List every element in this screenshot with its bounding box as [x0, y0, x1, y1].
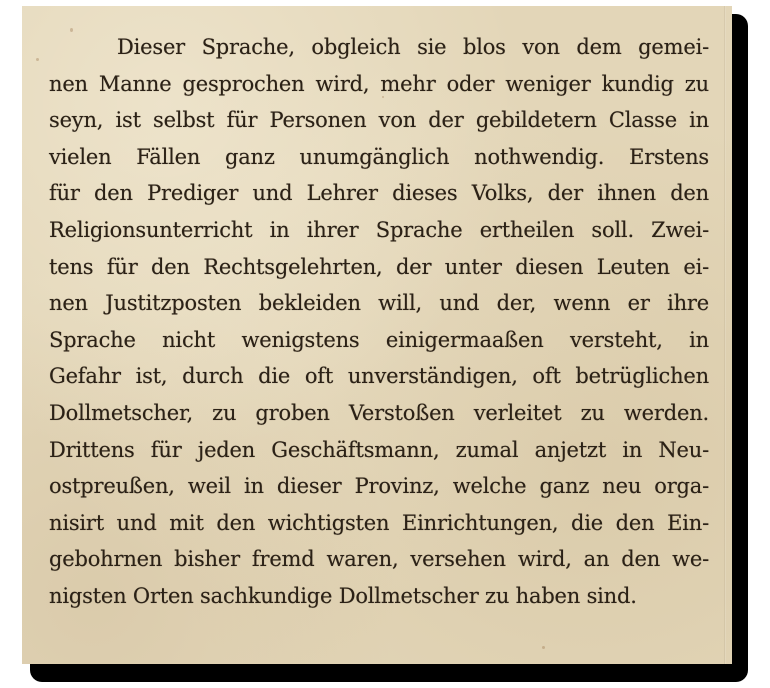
text-line-15: gebohrnen bisher fremd waren, versehen w… — [49, 541, 709, 578]
text-line-4: vielen Fällen ganz unumgänglich nothwend… — [49, 139, 709, 176]
text-line-1: Dieser Sprache, obgleich sie blos von de… — [49, 29, 709, 66]
paper-speck — [36, 58, 39, 61]
paragraph: Dieser Sprache, obgleich sie blos von de… — [49, 29, 709, 615]
text-line-7: tens für den Rechtsgelehrten, der unter … — [49, 249, 709, 286]
book-page: Dieser Sprache, obgleich sie blos von de… — [22, 6, 732, 664]
text-line-5: für den Prediger und Lehrer dieses Volks… — [49, 175, 709, 212]
page-edge-line — [724, 6, 726, 664]
text-line-10: Gefahr ist, durch die oft unverständigen… — [49, 358, 709, 395]
text-line-13: ostpreußen, weil in dieser Provinz, welc… — [49, 468, 709, 505]
scan-frame: Dieser Sprache, obgleich sie blos von de… — [0, 0, 770, 688]
text-line-2: nen Manne gesprochen wird, mehr oder wen… — [49, 66, 709, 103]
paper-speck — [542, 646, 545, 649]
text-line-11: Dollmetscher, zu groben Verstoßen verlei… — [49, 395, 709, 432]
text-line-8: nen Justitzposten bekleiden will, und de… — [49, 285, 709, 322]
text-line-9: Sprache nicht wenigstens einigermaaßen v… — [49, 322, 709, 359]
text-line-6: Religionsunterricht in ihrer Sprache ert… — [49, 212, 709, 249]
text-line-3: seyn, ist selbst für Personen von der ge… — [49, 102, 709, 139]
text-line-12: Drittens für jeden Geschäftsmann, zumal … — [49, 432, 709, 469]
text-line-16: nigsten Orten sachkundige Dollmetscher z… — [49, 578, 709, 615]
text-line-14: nisirt und mit den wichtigsten Einrichtu… — [49, 505, 709, 542]
